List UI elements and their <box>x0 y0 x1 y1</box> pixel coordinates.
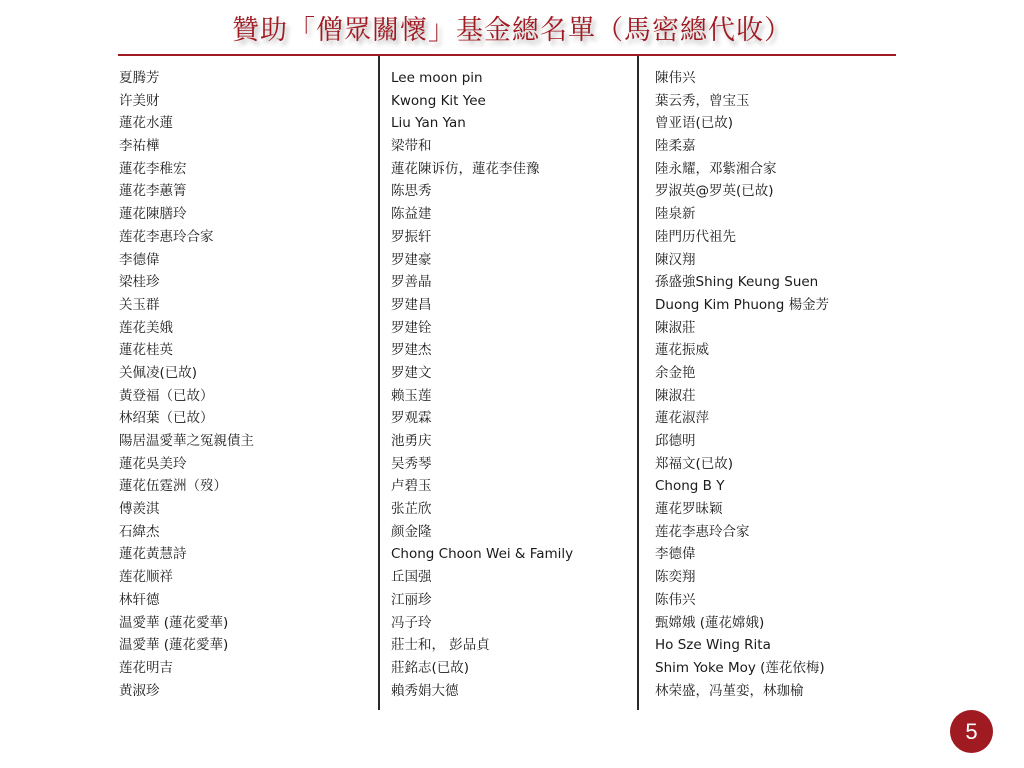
donor-name: 蓮花黃慧詩 <box>119 543 374 566</box>
donor-name: 温愛華 (蓮花愛華) <box>119 634 374 657</box>
donor-name: Lee moon pin <box>391 67 636 90</box>
donor-name: 陸泉新 <box>655 203 900 226</box>
donor-name: 温愛華 (蓮花愛華) <box>119 612 374 635</box>
donor-name: 赖玉莲 <box>391 385 636 408</box>
donor-name: 石緯杰 <box>119 521 374 544</box>
donor-name: 罗善晶 <box>391 271 636 294</box>
donor-name: 关佩凌(已故) <box>119 362 374 385</box>
donor-name: 罗建豪 <box>391 249 636 272</box>
donor-name: 陈益建 <box>391 203 636 226</box>
donor-name: 陸門历代祖先 <box>655 226 900 249</box>
donor-name: Kwong Kit Yee <box>391 90 636 113</box>
donor-name: 梁桂珍 <box>119 271 374 294</box>
donor-name: 孫盛強Shing Keung Suen <box>655 271 900 294</box>
donor-name: 莊士和， 彭品貞 <box>391 634 636 657</box>
donor-name: 莲花李惠玲合家 <box>119 226 374 249</box>
donor-name: 蓮花伍霆洲（歿） <box>119 475 374 498</box>
donor-name: Shim Yoke Moy (莲花依梅) <box>655 657 900 680</box>
page-title: 贊助「僧眾關懷」基金總名單（馬密總代收） <box>0 13 1024 49</box>
donor-name: Ho Sze Wing Rita <box>655 634 900 657</box>
donor-name: 蓮花罗昧颖 <box>655 498 900 521</box>
donor-name: 余金艳 <box>655 362 900 385</box>
donor-name: 賴秀娟大德 <box>391 680 636 703</box>
donor-name: 蓮花吳美玲 <box>119 453 374 476</box>
donor-name: 罗建杰 <box>391 339 636 362</box>
donor-name: 黄淑珍 <box>119 680 374 703</box>
donor-name: 蓮花桂英 <box>119 339 374 362</box>
donor-name: 陽居温愛華之冤親債主 <box>119 430 374 453</box>
donor-name: 冯子玲 <box>391 612 636 635</box>
donor-name: 莲花美娥 <box>119 317 374 340</box>
donor-name: Chong Choon Wei & Family <box>391 543 636 566</box>
donor-column-3: 陳伟兴葉云秀，曾宝玉曾亚语(已故)陸柔嘉陸永耀，邓紫湘合家罗淑英@罗英(已故)陸… <box>655 67 900 702</box>
donor-name: 陳淑荘 <box>655 385 900 408</box>
donor-name: 夏腾芳 <box>119 67 374 90</box>
donor-name: 罗淑英@罗英(已故) <box>655 180 900 203</box>
donor-column-1: 夏腾芳许美财蓮花水蓮李祐樺蓮花李稚宏蓮花李蕙箐蓮花陳膳玲莲花李惠玲合家李德偉梁桂… <box>119 67 374 702</box>
donor-name: 陸柔嘉 <box>655 135 900 158</box>
donor-name: 颜金隆 <box>391 521 636 544</box>
donor-name: Chong B Y <box>655 475 900 498</box>
donor-name: 陸永耀，邓紫湘合家 <box>655 158 900 181</box>
donor-name: 罗振轩 <box>391 226 636 249</box>
column-divider-2 <box>637 56 639 710</box>
donor-name: 丘国强 <box>391 566 636 589</box>
donor-name: 林轩德 <box>119 589 374 612</box>
donor-name: 罗建铨 <box>391 317 636 340</box>
page-number-badge: 5 <box>950 710 993 753</box>
donor-name: Duong Kim Phuong 楊金芳 <box>655 294 900 317</box>
donor-name: 郑福文(已故) <box>655 453 900 476</box>
donor-name: 陈奕翔 <box>655 566 900 589</box>
donor-name: 陳淑莊 <box>655 317 900 340</box>
donor-name: 林绍葉（已故） <box>119 407 374 430</box>
donor-name: 张芷欣 <box>391 498 636 521</box>
donor-name: Liu Yan Yan <box>391 112 636 135</box>
donor-name: 邱德明 <box>655 430 900 453</box>
donor-name: 蓮花淑萍 <box>655 407 900 430</box>
donor-name: 吴秀琴 <box>391 453 636 476</box>
donor-name: 许美财 <box>119 90 374 113</box>
donor-name: 蓮花陳膳玲 <box>119 203 374 226</box>
donor-name: 池勇庆 <box>391 430 636 453</box>
donor-name: 蓮花振威 <box>655 339 900 362</box>
donor-name: 葉云秀，曾宝玉 <box>655 90 900 113</box>
donor-name: 卢碧玉 <box>391 475 636 498</box>
donor-name: 关玉群 <box>119 294 374 317</box>
donor-name: 蓮花水蓮 <box>119 112 374 135</box>
donor-name: 蓮花陳诉仿，蓮花李佳豫 <box>391 158 636 181</box>
donor-name: 甄嫦娥 (蓮花嫦娥) <box>655 612 900 635</box>
donor-name: 李德偉 <box>119 249 374 272</box>
title-underline <box>118 54 896 56</box>
donor-name: 曾亚语(已故) <box>655 112 900 135</box>
donor-name: 江丽珍 <box>391 589 636 612</box>
donor-name: 罗建文 <box>391 362 636 385</box>
donor-name: 陳汉翔 <box>655 249 900 272</box>
donor-name: 蓮花李蕙箐 <box>119 180 374 203</box>
donor-name: 梁带和 <box>391 135 636 158</box>
donor-name: 莲花顺祥 <box>119 566 374 589</box>
donor-name: 李德偉 <box>655 543 900 566</box>
donor-name: 陈伟兴 <box>655 589 900 612</box>
donor-name: 傅羨淇 <box>119 498 374 521</box>
donor-name: 罗建昌 <box>391 294 636 317</box>
donor-name: 陈思秀 <box>391 180 636 203</box>
donor-name: 莲花李惠玲合家 <box>655 521 900 544</box>
donor-name: 黃登福（已故） <box>119 385 374 408</box>
donor-name: 李祐樺 <box>119 135 374 158</box>
donor-name: 莊銘志(已故) <box>391 657 636 680</box>
donor-name: 蓮花李稚宏 <box>119 158 374 181</box>
donor-column-2: Lee moon pinKwong Kit YeeLiu Yan Yan梁带和蓮… <box>391 67 636 702</box>
donor-name: 莲花明吉 <box>119 657 374 680</box>
donor-name: 陳伟兴 <box>655 67 900 90</box>
column-divider-1 <box>378 56 380 710</box>
donor-name: 林荣盛，冯堇娈，林珈榆 <box>655 680 900 703</box>
donor-name: 罗观霖 <box>391 407 636 430</box>
